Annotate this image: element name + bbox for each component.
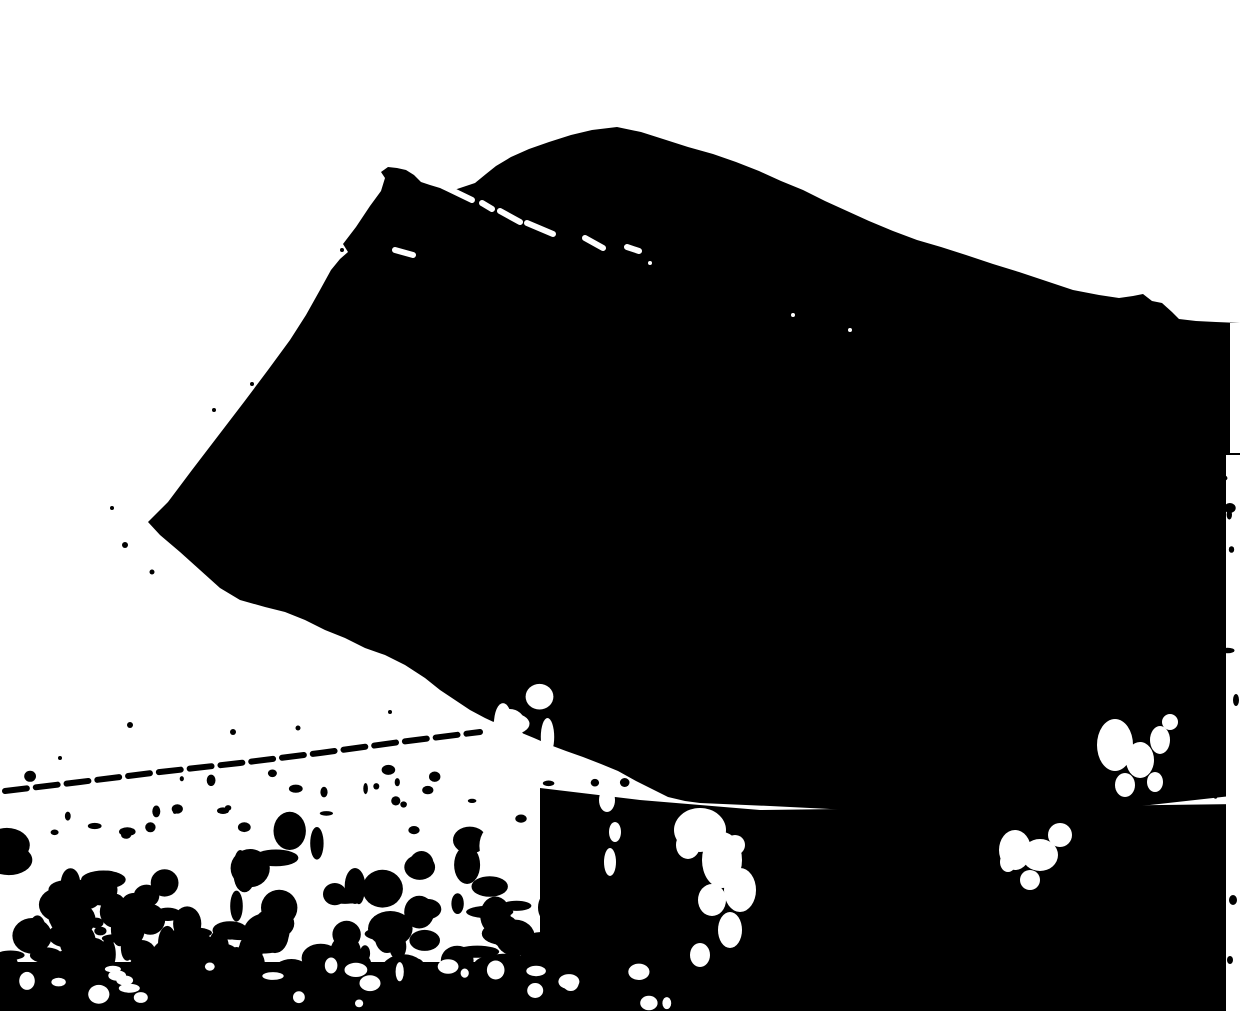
sky-speck — [340, 248, 344, 252]
strip-speck — [1229, 895, 1237, 905]
sky-speck — [250, 382, 254, 386]
sky-speck — [58, 756, 62, 760]
foliage-highlight — [718, 912, 742, 948]
sky-speck — [150, 570, 155, 575]
sky-speck — [122, 542, 128, 548]
sky-speck — [127, 722, 133, 728]
sky-speck — [110, 506, 114, 510]
strip-speck — [1233, 694, 1239, 706]
white-speck — [791, 313, 795, 317]
sky-speck — [212, 408, 216, 412]
white-margin — [1230, 323, 1240, 453]
foliage-highlight — [1115, 773, 1135, 797]
foliage-highlight — [609, 822, 621, 842]
white-speck — [648, 261, 652, 265]
strip-speck — [1227, 956, 1233, 964]
foliage-highlight — [724, 868, 756, 912]
white-margin — [1226, 455, 1240, 1011]
foliage-highlight — [1126, 742, 1154, 778]
foliage-highlight — [676, 831, 700, 859]
foliage-highlight — [1048, 823, 1072, 847]
foliage-highlight — [698, 884, 726, 916]
sky-speck — [296, 726, 301, 731]
foliage-highlight — [725, 835, 745, 855]
scene-canvas — [0, 0, 1240, 1024]
foliage-highlight — [1000, 852, 1016, 872]
foliage-highlight — [599, 788, 615, 812]
foliage-highlight — [604, 848, 616, 876]
white-speck — [848, 328, 852, 332]
foliage-highlight — [1150, 726, 1170, 754]
foliage-highlight — [1162, 714, 1178, 730]
foliage-highlight — [1147, 772, 1163, 792]
binarized-photo: Black silhouette of a large mountain rid… — [0, 0, 1240, 1024]
sky-speck — [230, 729, 236, 735]
rope-dash — [627, 247, 639, 251]
foliage-highlight — [690, 943, 710, 967]
sky-speck — [388, 710, 392, 714]
foliage-highlight — [1020, 870, 1040, 890]
white-margin — [0, 1011, 1240, 1024]
